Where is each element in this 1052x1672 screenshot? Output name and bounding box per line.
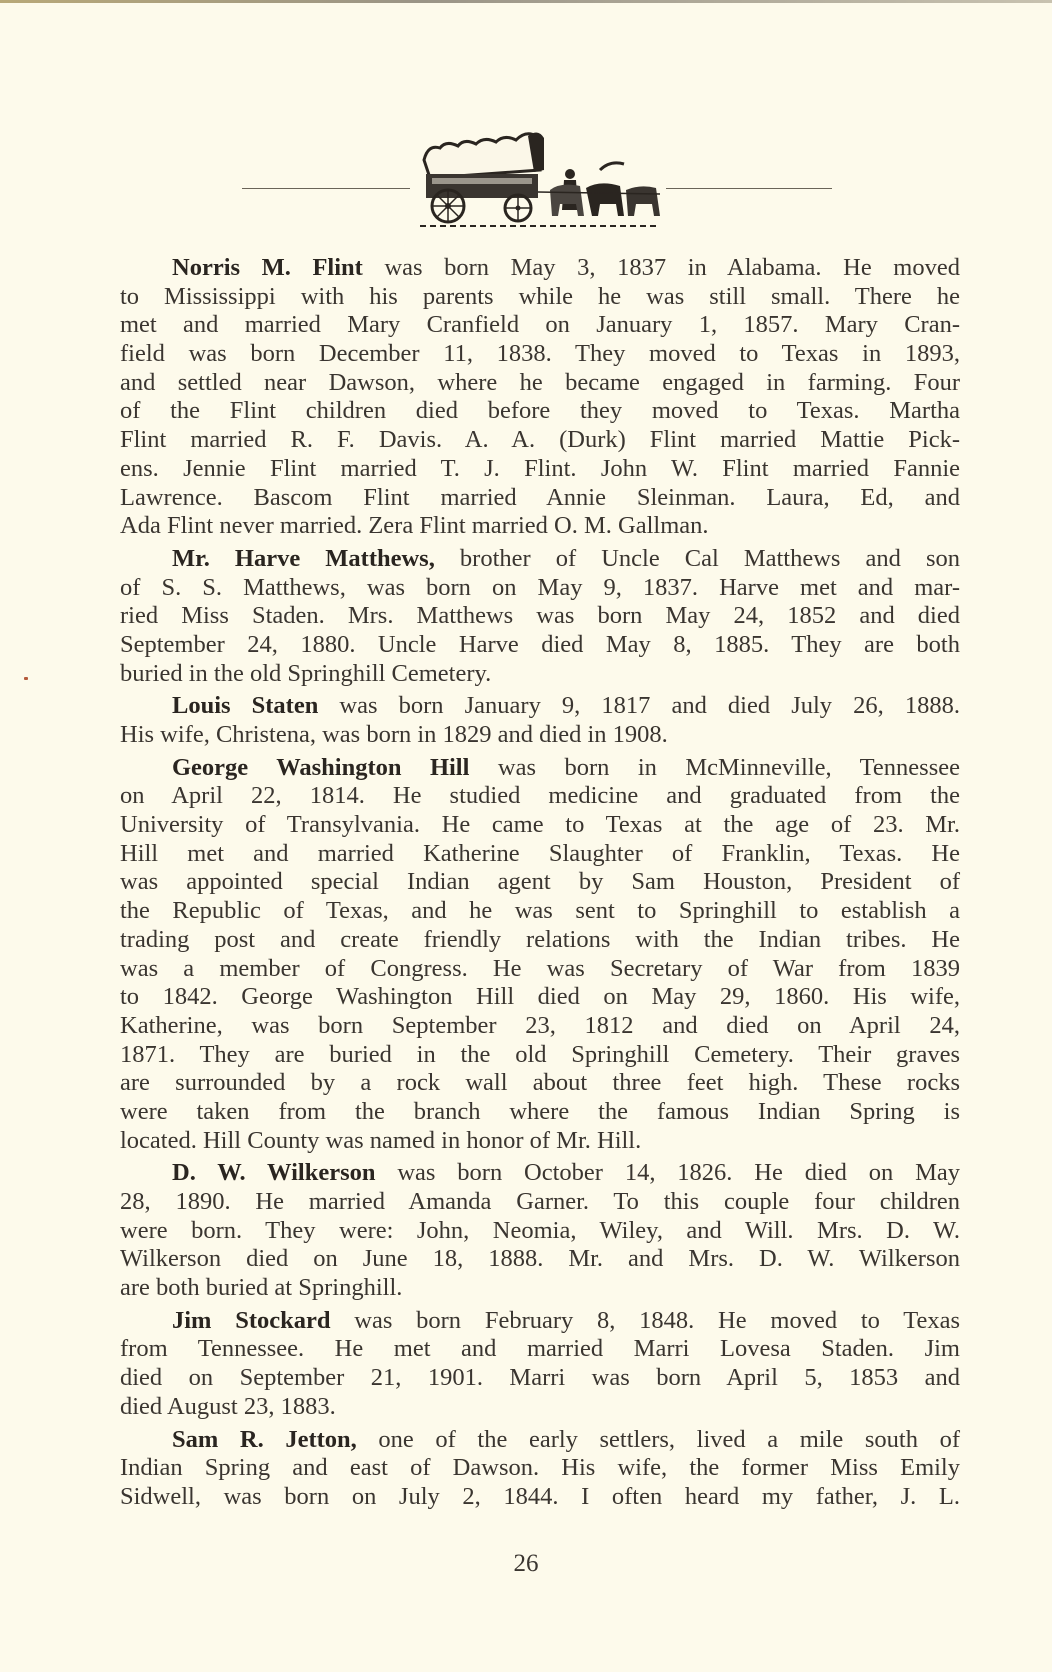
paragraph-line: are both buried at Springhill. (120, 1274, 960, 1303)
paragraph-line: Norris M. Flint was born May 3, 1837 in … (120, 254, 960, 283)
paragraph-line: field was born December 11, 1838. They m… (120, 340, 960, 369)
paragraph-line: was appointed special Indian agent by Sa… (120, 868, 960, 897)
paragraph-line: D. W. Wilkerson was born October 14, 182… (120, 1159, 960, 1188)
paragraph-line: died on September 21, 1901. Marri was bo… (120, 1364, 960, 1393)
paragraph-line: were born. They were: John, Neomia, Wile… (120, 1217, 960, 1246)
person-name: Jim Stockard (172, 1307, 331, 1334)
paragraph-louis-staten: Louis Staten was born January 9, 1817 an… (120, 692, 960, 749)
paragraph-line: of S. S. Matthews, was born on May 9, 18… (120, 574, 960, 603)
paragraph-line: to Mississippi with his parents while he… (120, 283, 960, 312)
paragraph-line: Sam R. Jetton, one of the early settlers… (120, 1426, 960, 1455)
paragraph-line: buried in the old Springhill Cemetery. (120, 660, 960, 689)
person-name: Mr. Harve Matthews, (172, 545, 435, 572)
paragraph-line: the Republic of Texas, and he was sent t… (120, 897, 960, 926)
paragraph-line: Jim Stockard was born February 8, 1848. … (120, 1307, 960, 1336)
paragraph-line: ens. Jennie Flint married T. J. Flint. J… (120, 455, 960, 484)
paragraph-line: Indian Spring and east of Dawson. His wi… (120, 1454, 960, 1483)
person-name: Norris M. Flint (172, 254, 363, 281)
page-number: 26 (0, 1550, 1052, 1578)
paragraph-line: are surrounded by a rock wall about thre… (120, 1069, 960, 1098)
paragraph-jim-stockard: Jim Stockard was born February 8, 1848. … (120, 1307, 960, 1422)
paragraph-line: located. Hill County was named in honor … (120, 1127, 960, 1156)
paragraph-line: to 1842. George Washington Hill died on … (120, 983, 960, 1012)
paragraph-line: of the Flint children died before they m… (120, 397, 960, 426)
paragraph-line: September 24, 1880. Uncle Harve died May… (120, 631, 960, 660)
paragraph-line: University of Transylvania. He came to T… (120, 811, 960, 840)
paragraph-sam-jetton: Sam R. Jetton, one of the early settlers… (120, 1426, 960, 1512)
covered-wagon-icon (410, 130, 666, 230)
paragraph-line: Flint married R. F. Davis. A. A. (Durk) … (120, 426, 960, 455)
paragraph-line: and settled near Dawson, where he became… (120, 369, 960, 398)
ornament-rule-left (242, 188, 410, 189)
person-name: Sam R. Jetton, (172, 1426, 357, 1453)
header-ornament (242, 130, 832, 230)
paragraph-line: His wife, Christena, was born in 1829 an… (120, 721, 960, 750)
paragraph-line: 28, 1890. He married Amanda Garner. To t… (120, 1188, 960, 1217)
person-name: Louis Staten (172, 692, 318, 719)
paragraph-line: Ada Flint never married. Zera Flint marr… (120, 512, 960, 541)
paragraph-line: Lawrence. Bascom Flint married Annie Sle… (120, 484, 960, 513)
paragraph-line: Mr. Harve Matthews, brother of Uncle Cal… (120, 545, 960, 574)
paragraph-harve-matthews: Mr. Harve Matthews, brother of Uncle Cal… (120, 545, 960, 688)
paragraph-line: Louis Staten was born January 9, 1817 an… (120, 692, 960, 721)
ornament-rule-right (666, 188, 832, 189)
page-body: Norris M. Flint was born May 3, 1837 in … (120, 254, 960, 1512)
paragraph-george-washington-hill: George Washington Hill was born in McMin… (120, 754, 960, 1156)
paragraph-line: Sidwell, was born on July 2, 1844. I oft… (120, 1483, 960, 1512)
paragraph-line: from Tennessee. He met and married Marri… (120, 1335, 960, 1364)
paragraph-line: ried Miss Staden. Mrs. Matthews was born… (120, 602, 960, 631)
paragraph-dw-wilkerson: D. W. Wilkerson was born October 14, 182… (120, 1159, 960, 1302)
person-name: D. W. Wilkerson (172, 1159, 375, 1186)
paragraph-line: trading post and create friendly relatio… (120, 926, 960, 955)
paragraph-line: were taken from the branch where the fam… (120, 1098, 960, 1127)
paragraph-line: died August 23, 1883. (120, 1393, 960, 1422)
paragraph-line: Wilkerson died on June 18, 1888. Mr. and… (120, 1245, 960, 1274)
paragraph-norris-flint: Norris M. Flint was born May 3, 1837 in … (120, 254, 960, 541)
paragraph-line: 1871. They are buried in the old Springh… (120, 1041, 960, 1070)
page-top-edge (0, 0, 1052, 3)
paragraph-line: Katherine, was born September 23, 1812 a… (120, 1012, 960, 1041)
person-name: George Washington Hill (172, 754, 469, 781)
paragraph-line: George Washington Hill was born in McMin… (120, 754, 960, 783)
paper-speck (24, 677, 28, 680)
paragraph-line: Hill met and married Katherine Slaughter… (120, 840, 960, 869)
paragraph-line: on April 22, 1814. He studied medicine a… (120, 782, 960, 811)
paragraph-line: met and married Mary Cranfield on Januar… (120, 311, 960, 340)
paragraph-line: was a member of Congress. He was Secreta… (120, 955, 960, 984)
